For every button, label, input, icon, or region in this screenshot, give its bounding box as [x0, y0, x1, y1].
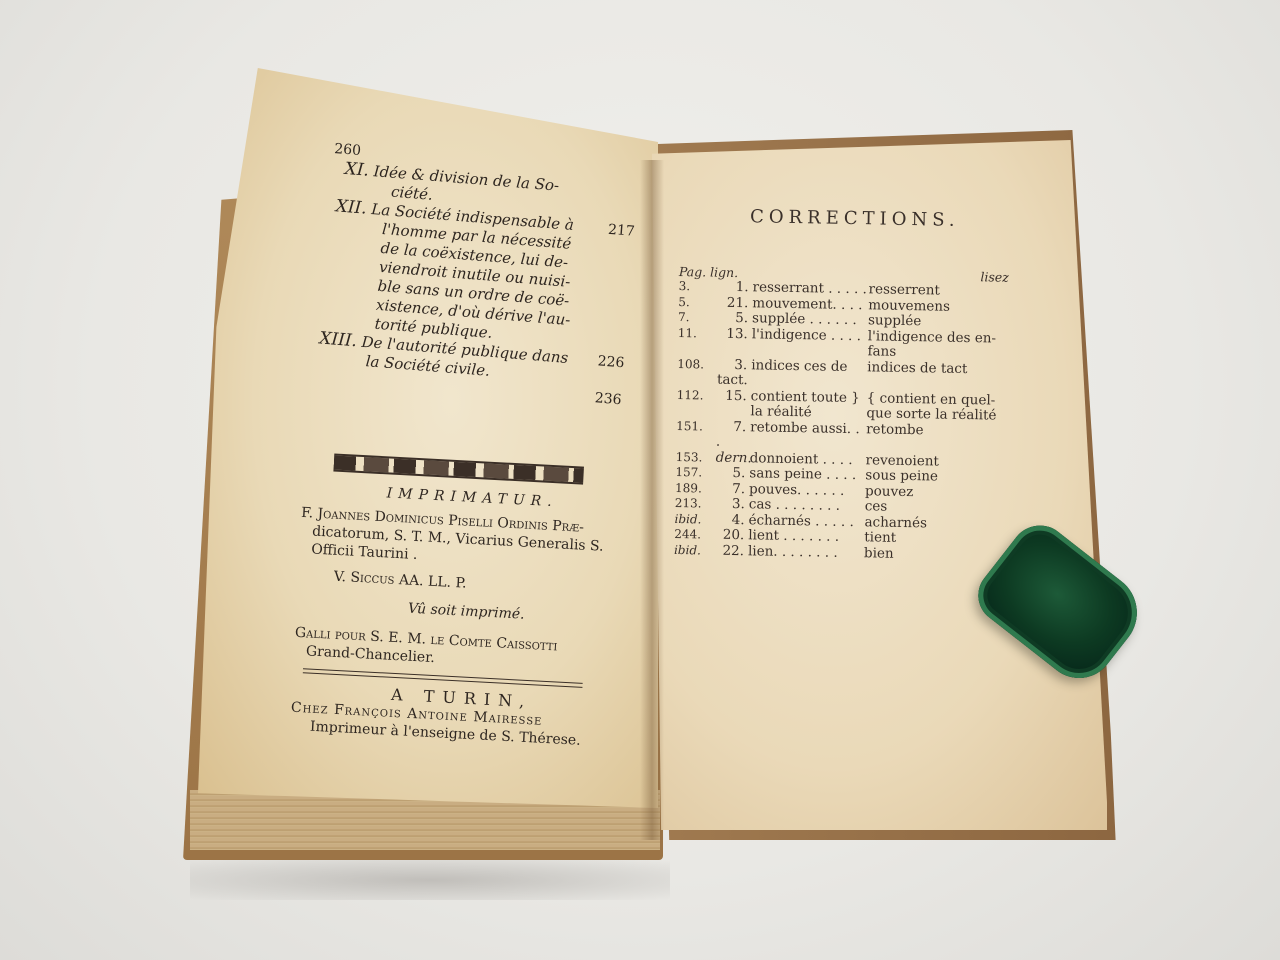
toc-number: XII. [335, 196, 367, 218]
correction-pag: 3. [678, 279, 718, 295]
correction-lign: 5. [718, 311, 748, 327]
correction-right: bien [864, 546, 1004, 564]
correction-wrong: la réalité [750, 403, 811, 420]
correction-lign: 13. [718, 326, 748, 342]
corrections-section: CORRECTIONS. Pag. lign. lisez 3.1.resser… [674, 208, 1010, 564]
correction-pag: 112. [677, 387, 717, 403]
correction-lign: 1. [718, 280, 748, 296]
correction-lign: 4. [714, 512, 744, 528]
header-pag-lign: Pag. lign. [679, 263, 739, 280]
correction-pag: 213. [675, 496, 715, 512]
correction-lign: 3. [715, 497, 745, 513]
correction-line-and-error: 3.indices ces de tact. [717, 357, 868, 391]
correction-pag: 153. [676, 449, 716, 465]
correction-pag: ibid. [674, 542, 714, 558]
correction-lign [717, 353, 747, 354]
book-gutter [640, 160, 664, 840]
correction-wrong: lien. . . . . . . . [748, 543, 838, 561]
toc-entry: XII. La Société indispensable à l'homme … [320, 197, 630, 353]
correction-right: indices de tact [867, 360, 1008, 393]
corrections-list: 3.1.resserrant . . . . .resserrent5.21.m… [674, 279, 1009, 564]
correction-pag [677, 341, 717, 357]
correction-lign: 7. [715, 481, 745, 497]
header-lisez: lisez [980, 269, 1009, 285]
correction-lign: 21. [718, 295, 748, 311]
correction-pag: 151. [676, 418, 717, 450]
correction-lign [716, 415, 746, 416]
toc-number: XI. [344, 159, 370, 181]
correction-wrong: l'indigence . . . . [752, 326, 861, 344]
correction-pag: 157. [675, 465, 715, 481]
correction-lign: 7. [716, 419, 746, 435]
correction-right: retombe [866, 422, 1007, 455]
correction-lign: 15. [717, 388, 747, 404]
correction-pag: 244. [674, 527, 714, 543]
correction-pag: 7. [678, 310, 718, 326]
correction-pag [676, 403, 716, 419]
correction-pag: 189. [675, 480, 715, 496]
correction-pag: 5. [678, 294, 718, 310]
correction-pag: ibid. [674, 511, 714, 527]
decorative-ornament [333, 454, 584, 485]
toc-page-ref: 236 [594, 389, 622, 410]
correction-lign: dern. [716, 450, 746, 466]
imprimatur-section: IMPRIMATUR. F. Joannes Dominicus Piselli… [290, 440, 645, 752]
toc-number: XIII. [319, 328, 358, 351]
correction-lign: 20. [714, 528, 744, 544]
approval-text: Vû soit imprimé. [296, 594, 636, 630]
book-shadow [190, 860, 670, 900]
correction-pag: 11. [678, 325, 718, 341]
correction-line-and-error: 22.lien. . . . . . . . [714, 543, 864, 561]
correction-pag: 108. [677, 356, 718, 388]
left-page-contents: 260 XI. Idée & division de la So- ciété.… [317, 140, 634, 391]
correction-line-and-error: 7.retombe aussi. . . [716, 419, 867, 453]
correction-lign: 5. [715, 466, 745, 482]
correction-lign: 22. [714, 543, 744, 559]
